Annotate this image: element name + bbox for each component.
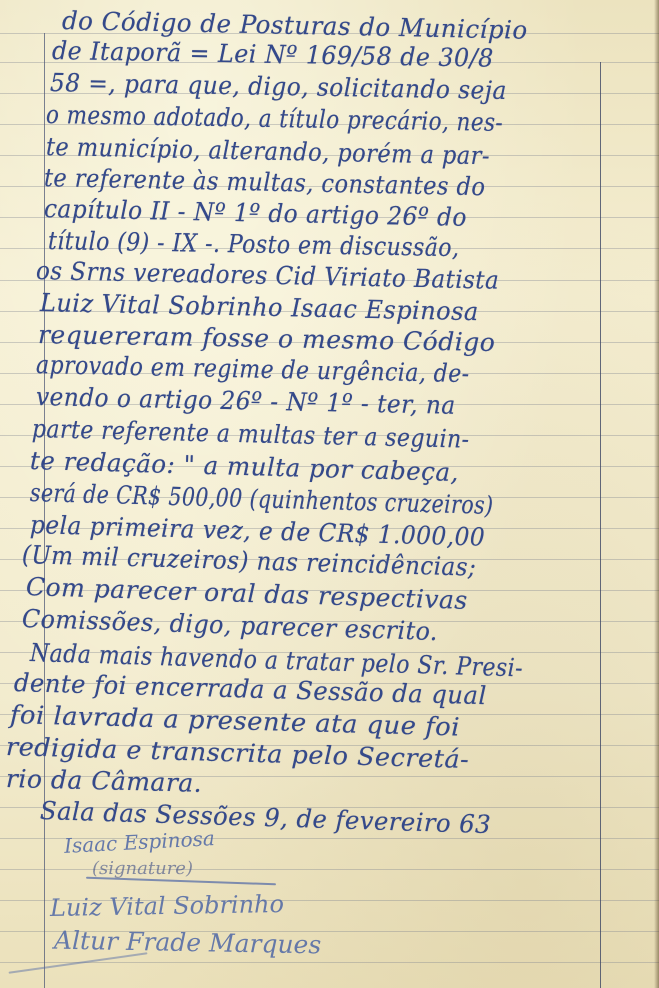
signature-altur-frade-marques: Altur Frade Marques	[54, 926, 322, 960]
text-line: 58 =, para que, digo, solicitando seja	[50, 68, 507, 105]
ruled-line	[0, 962, 659, 963]
text-line: o mesmo adotado, a título precário, nes-	[46, 100, 504, 137]
signature-illegible: (signature)	[92, 858, 193, 879]
text-line: vendo o artigo 26º - Nº 1º - ter, na	[36, 382, 456, 420]
right-margin-line	[600, 62, 601, 988]
signature-flourish	[9, 952, 148, 973]
text-line: rio da Câmara.	[6, 764, 203, 798]
document-page: do Código de Posturas do Município de It…	[0, 0, 659, 988]
page-edge-shadow	[654, 0, 659, 988]
signature-luiz-vital-sobrinho: Luiz Vital Sobrinho	[50, 890, 284, 922]
signature-isaac-espinosa: Isaac Espinosa	[63, 826, 215, 858]
